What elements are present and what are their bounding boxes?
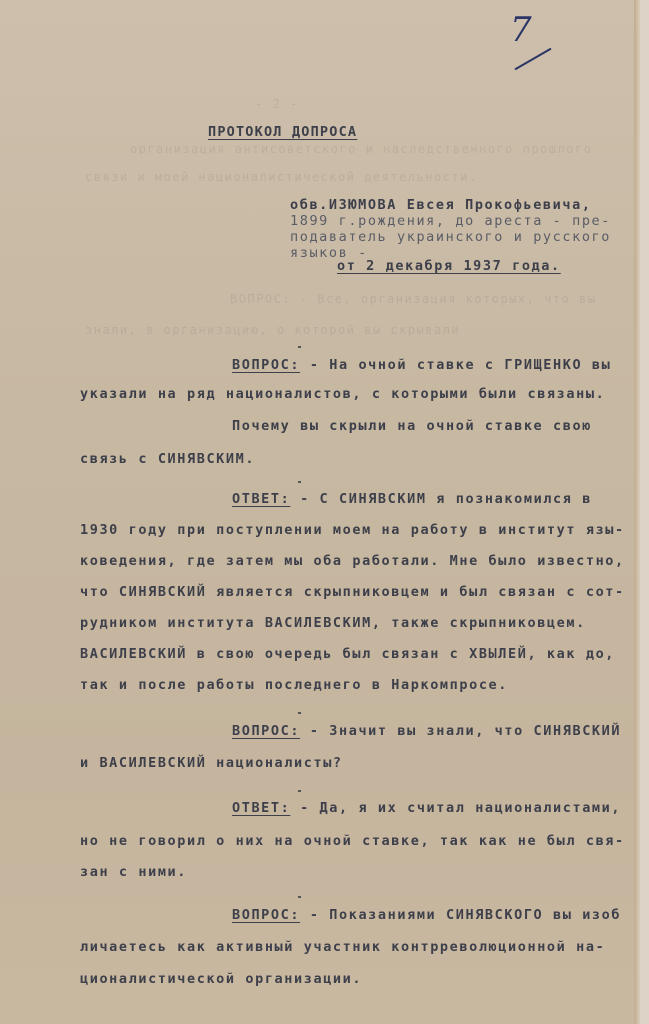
answer-label: ОТВЕТ: [232,800,290,816]
question-line: указали на ряд националистов, с которыми… [80,386,605,402]
underline-stroke-icon [514,48,551,71]
date-line: от 2 декабря 1937 года. [337,258,561,274]
question-line: ционалистической организации. [80,971,362,987]
bleed-through-text: - 2 - [255,97,299,111]
header-line: 1899 г.рождения, до ареста - пре- [290,213,611,229]
question-label: ВОПРОС: [232,357,300,373]
question-line: Почему вы скрыли на очной ставке свою [232,418,592,434]
answer-line: что СИНЯВСКИЙ является скрыпниковцем и б… [80,584,625,600]
page-edge [640,0,649,1024]
document-page: - 2 - организация антисоветского и насле… [0,0,640,1024]
header-line: подаватель украинского и русского [290,229,611,245]
answer-line: но не говорил о них на очной ставке, так… [80,833,625,849]
question-label: ВОПРОС: [232,907,300,923]
question-line: связь с СИНЯВСКИМ. [80,451,255,467]
question-line: и ВАСИЛЕВСКИЙ националисты? [80,755,343,771]
question-line: ВОПРОС: - Значит вы знали, что СИНЯВСКИЙ [232,723,621,739]
bleed-through-text: связи и моей националистической деятельн… [85,170,478,184]
question-line: ВОПРОС: - Показаниями СИНЯВСКОГО вы изоб [232,907,621,923]
question-line: ВОПРОС: - На очной ставке с ГРИЩЕНКО вы [232,357,611,373]
answer-line: рудником института ВАСИЛЕВСКИМ, также ск… [80,615,586,631]
answer-line: так и после работы последнего в Наркомпр… [80,677,508,693]
document-title: ПРОТОКОЛ ДОПРОСА [208,124,357,140]
answer-line: ОТВЕТ: - Да, я их считал националистами, [232,800,621,816]
bleed-through-text: ВОПРОС: - Все, организация которых, что … [230,292,596,306]
header-line: обв.ИЗЮМОВА Евсея Прокофьевича, [290,197,592,213]
answer-line: зан с ними. [80,864,187,880]
answer-line: коведения, где затем мы оба работали. Мн… [80,553,625,569]
question-line: личаетесь как активный участник контррев… [80,939,605,955]
answer-line: ВАСИЛЕВСКИЙ в свою очередь был связан с … [80,646,615,662]
answer-line: 1930 году при поступлении моем на работу… [80,522,625,538]
bleed-through-text: знали, в организацию, о которой вы скрыв… [85,323,460,337]
question-label: ВОПРОС: [232,723,300,739]
answer-line: ОТВЕТ: - С СИНЯВСКИМ я познакомился в [232,491,592,507]
bleed-through-text: организация антисоветского и наследствен… [130,142,592,156]
answer-label: ОТВЕТ: [232,491,290,507]
handwritten-page-number: 7 [510,10,560,70]
